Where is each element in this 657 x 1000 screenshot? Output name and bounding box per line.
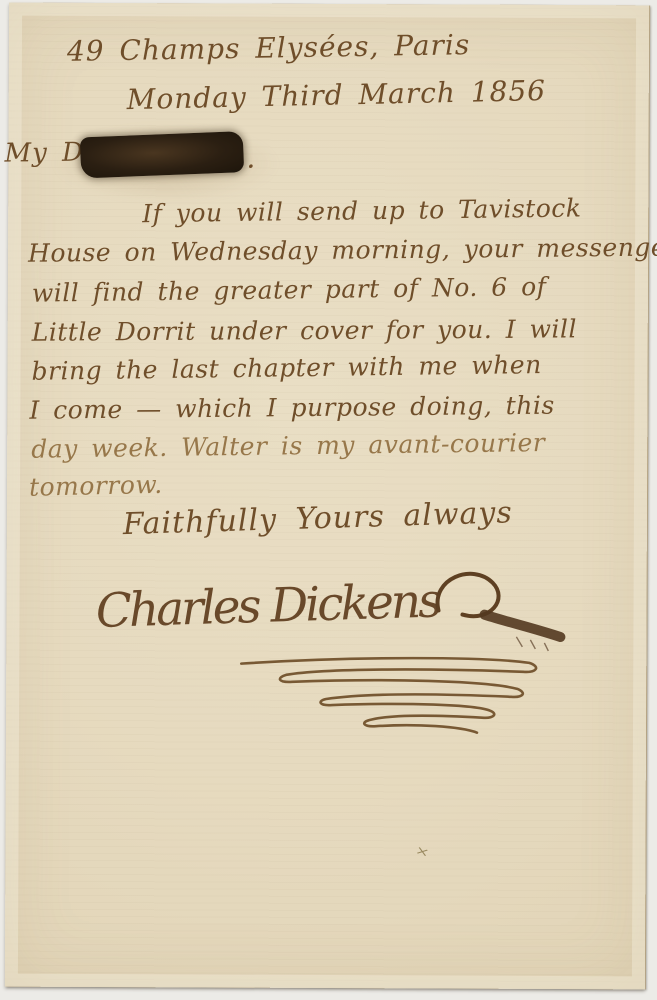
signature-text: Charles Dickens — [95, 573, 442, 639]
signature-tail — [484, 615, 560, 637]
letter-sheet: 49 Champs Elysées, Paris Monday Third Ma… — [5, 3, 649, 990]
pencil-mark: × — [414, 843, 432, 861]
address-line: 49 Champs Elysées, Paris — [67, 28, 471, 68]
signature-block: Charles Dickens — [86, 551, 607, 753]
salutation-period: . — [246, 142, 256, 175]
body-line-8: tomorrow. — [29, 470, 163, 502]
body-line-3: will find the greater part of No. 6 of — [32, 272, 547, 308]
date-line: Monday Third March 1856 — [126, 74, 546, 116]
closing-line: Faithfully Yours always — [122, 495, 513, 542]
body-line-1: If you will send up to Tavistock — [142, 193, 582, 228]
signature-svg: Charles Dickens — [86, 551, 607, 753]
body-line-5: bring the last chapter with me when — [31, 350, 542, 386]
body-line-4: Little Dorrit under cover for you. I wil… — [32, 314, 577, 346]
body-line-2: House on Wednesday morning, your messeng… — [28, 232, 657, 267]
signature-loop — [437, 574, 498, 617]
redaction-blot — [80, 131, 244, 178]
signature-tail-feathering — [516, 637, 548, 651]
body-line-6: I come — which I purpose doing, this — [29, 391, 555, 425]
body-line-7: day week. Walter is my avant-courier — [31, 428, 545, 464]
photograph-background: 49 Champs Elysées, Paris Monday Third Ma… — [0, 0, 657, 1000]
signature-flourish — [241, 657, 536, 733]
